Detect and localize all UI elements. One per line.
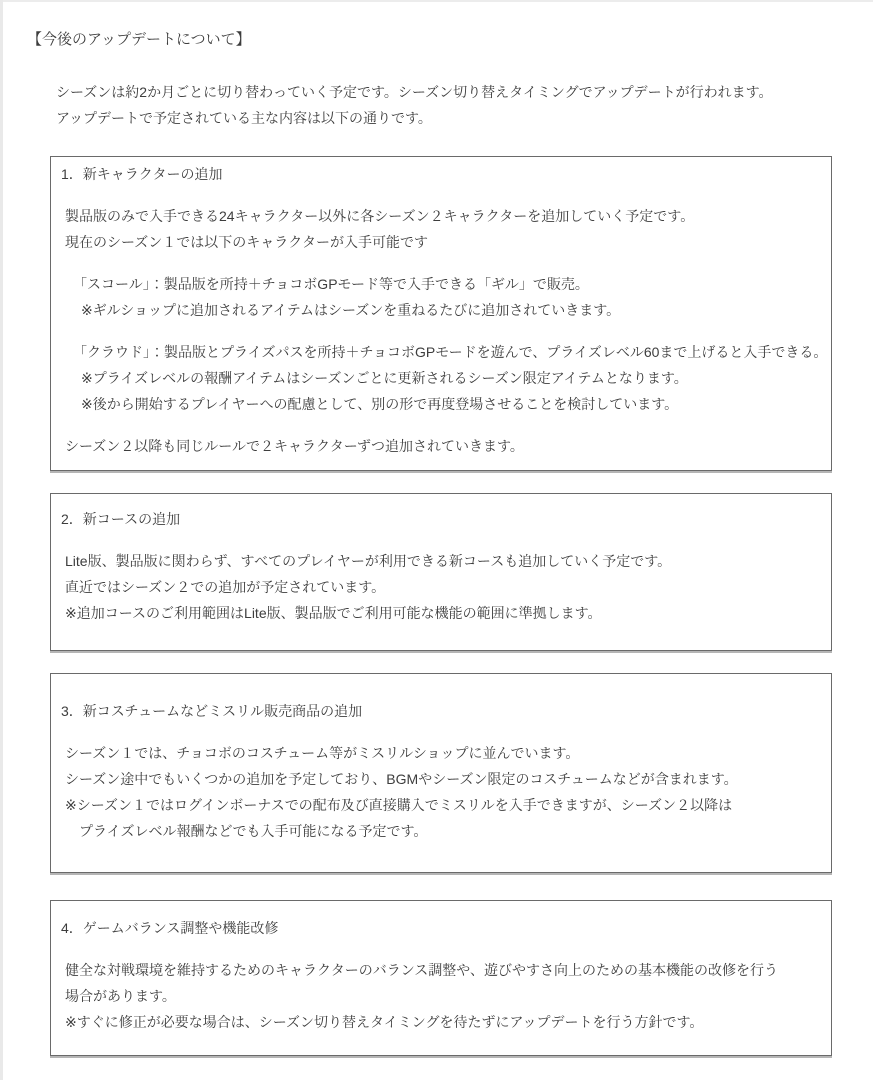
- section-title: 1．新キャラクターの追加: [51, 161, 825, 187]
- text-line: シーズン途中でもいくつかの追加を予定しており、BGMやシーズン限定のコスチューム…: [65, 766, 825, 792]
- section-new-courses: 2．新コースの追加 Lite版、製品版に関わらず、すべてのプレイヤーが利用できる…: [50, 493, 832, 651]
- intro-text: シーズンは約2か月ごとに切り替わっていく予定です。シーズン切り替えタイミングでア…: [56, 79, 873, 131]
- section-mythril-shop-items: 3．新コスチュームなどミスリル販売商品の追加 シーズン１では、チョコボのコスチュ…: [50, 673, 832, 873]
- text-line: シーズン１では、チョコボのコスチューム等がミスリルショップに並んでいます。: [65, 740, 825, 766]
- intro-line-2: アップデートで予定されている主な内容は以下の通りです。: [56, 105, 873, 131]
- text-line: 健全な対戦環境を維持するためのキャラクターのバランス調整や、遊びやすさ向上のため…: [65, 957, 825, 983]
- intro-line-1: シーズンは約2か月ごとに切り替わっていく予定です。シーズン切り替えタイミングでア…: [56, 79, 873, 105]
- text-line: 現在のシーズン１では以下のキャラクターが入手可能です: [65, 229, 825, 255]
- text-line: 「スコール」：製品版を所持＋チョコボGPモード等で入手できる「ギル」で販売。: [73, 271, 825, 297]
- page-edge-top: [0, 0, 873, 2]
- text-line: ※ギルショップに追加されるアイテムはシーズンを重ねるたびに追加されていきます。: [81, 297, 825, 323]
- text-line: 直近ではシーズン２での追加が予定されています。: [65, 574, 825, 600]
- text-line: ※追加コースのご利用範囲はLite版、製品版でご利用可能な機能の範囲に準拠します…: [65, 600, 825, 626]
- text-line: プライズレベル報酬などでも入手可能になる予定です。: [79, 818, 825, 844]
- page-title: 【今後のアップデートについて】: [0, 0, 873, 50]
- section-title: 2．新コースの追加: [51, 506, 825, 532]
- text-line: 「クラウド」：製品版とプライズパスを所持＋チョコボGPモードを遊んで、プライズレ…: [73, 339, 825, 365]
- section-title: 3．新コスチュームなどミスリル販売商品の追加: [51, 698, 825, 724]
- text-line: ※後から開始するプレイヤーへの配慮として、別の形で再度登場させることを検討してい…: [81, 391, 825, 417]
- page-edge-left: [0, 0, 3, 1080]
- section-new-characters: 1．新キャラクターの追加 製品版のみで入手できる24キャラクター以外に各シーズン…: [50, 156, 832, 471]
- text-line: ※すぐに修正が必要な場合は、シーズン切り替えタイミングを待たずにアップデートを行…: [65, 1009, 825, 1035]
- section-title: 4．ゲームバランス調整や機能改修: [51, 915, 825, 941]
- text-line: Lite版、製品版に関わらず、すべてのプレイヤーが利用できる新コースも追加してい…: [65, 548, 825, 574]
- section-balance-adjustments: 4．ゲームバランス調整や機能改修 健全な対戦環境を維持するためのキャラクターのバ…: [50, 900, 832, 1056]
- text-line: ※プライズレベルの報酬アイテムはシーズンごとに更新されるシーズン限定アイテムとな…: [81, 365, 825, 391]
- text-line: 製品版のみで入手できる24キャラクター以外に各シーズン２キャラクターを追加してい…: [65, 203, 825, 229]
- text-line: シーズン２以降も同じルールで２キャラクターずつ追加されていきます。: [65, 433, 825, 459]
- update-notice-page: 【今後のアップデートについて】 シーズンは約2か月ごとに切り替わっていく予定です…: [0, 0, 873, 1056]
- text-line: ※シーズン１ではログインボーナスでの配布及び直接購入でミスリルを入手できますが、…: [65, 792, 825, 818]
- text-line: 場合があります。: [65, 983, 825, 1009]
